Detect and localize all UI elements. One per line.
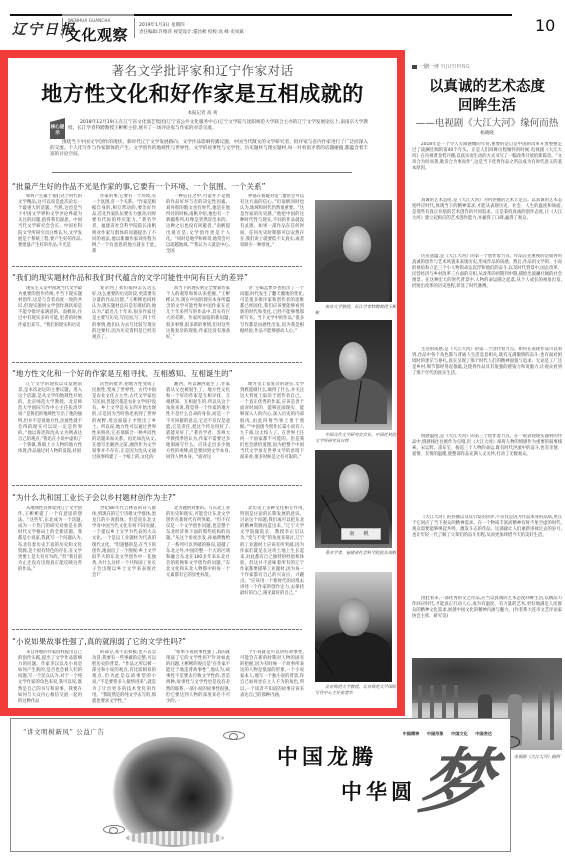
column-label-pinyin: YIJUYIPING bbox=[441, 64, 470, 70]
photo-caption: 北京师范大学教授、北京师范大学国际写作中心主任张清华 bbox=[315, 684, 397, 696]
ad-slogans: 中国精神 中国形象 中国文化 中国表达 bbox=[403, 731, 492, 737]
divider bbox=[62, 18, 63, 38]
lead-paragraph: 围绕当下中国文学创作的现状、新时代辽宁文学发展路向、文学作品影响传播议题、中国当… bbox=[50, 140, 368, 159]
section-divider bbox=[12, 362, 302, 363]
masthead: 辽宁日报 WENHUA GUANCHA 文化观察 2019年1月3日 星期四 责… bbox=[10, 14, 512, 44]
review-paragraph: 情感温度,是《大江大河》的第三个创作着力点。在一般表现现实题材的作品中,情感线往… bbox=[412, 434, 562, 514]
article-column: 辽宁文学的现状以及发展前景,是本次论坛的主要议题。进入这个话题,是从文学的地域性… bbox=[18, 382, 82, 474]
review-paragraph: 《大江大河》的热播以及其引发的热评,不仅仅是因为作品本身的品质,更在于它回应了当… bbox=[412, 515, 562, 595]
photo-caption: 电视剧《大江大河》剧照 bbox=[514, 754, 560, 760]
dream-calligraphy: 梦 bbox=[414, 747, 499, 817]
nameplate: 南 帆 bbox=[341, 528, 381, 540]
article-column: 作家的事,它要有一个环境,有一个氛围,有一个关系。“作家是根据自身的,相互带动的… bbox=[92, 194, 156, 262]
public-service-ad: “讲文明树新风” 公益广告 中国精神 中国形象 中国文化 中国表达 中国龙腾 中… bbox=[10, 718, 511, 852]
issue-date: 2019年1月3日 星期四 bbox=[139, 22, 185, 28]
photo-caption: 中国当代文学研究会会长、中国社科院文学所研究员白烨 bbox=[315, 432, 397, 444]
review-paragraph: 生活的质感,是《大江大河》的第二个创作着力点。如何在表现作品可以看到,作品中各个… bbox=[412, 347, 562, 433]
cloud-icon bbox=[103, 825, 125, 834]
article-column: 界都在猜疑对话”,他常会可以有这方面的信心。”但南帆同时也认为,地域和时代仍然很… bbox=[240, 194, 304, 262]
lead-paragraph: 2018年12月19日,在辽宁省文化演艺集团(辽宁省公共文化服务中心)辽宁文学院… bbox=[68, 120, 368, 132]
section-heading: “我们的现实题材作品和我们时代蕴含的文学可能性中间有巨大的差异” bbox=[12, 272, 248, 283]
article-column: 世纪80年代吉林省的诗人群体,到现在的辽宁诗歌文学群体,黑龙江的小说群体。但是说… bbox=[92, 506, 156, 621]
photo-caption: 著名学者、福建省社会科学院院长南帆 bbox=[315, 550, 397, 556]
article-column: 现实主义是中国现当代文学最为重要的创作传统,平当下现实题材创作,这是与会者高度一… bbox=[18, 286, 82, 342]
masthead-rule bbox=[62, 14, 134, 16]
article-column: 北为题材对象的。写东北工业的历史和现实,可能会让东北文学创作在新时代有所突破。“… bbox=[166, 506, 230, 621]
article-column: 湘西。所以湘西诞生了,作家就从文也被诞生了。地方性文化和一个好的作家是互相寻找、… bbox=[166, 382, 230, 474]
review-subtitle: ——电视剧《大江大河》缘何而热 bbox=[412, 115, 562, 129]
masthead-rule bbox=[10, 14, 62, 16]
feature-article-highlight[interactable]: 著名文学批评家和辽宁作家对话 地方性文化和好作家是互相成就的 本报记者 高 爽 … bbox=[0, 50, 405, 716]
article-byline: 本报记者 高 爽 bbox=[8, 110, 397, 116]
article-column: 如何产生属于我们这个时代的文学精品,这可以说是此次论坛一个最重大的话题。当然,这… bbox=[18, 194, 82, 262]
section-title: 文化观察 bbox=[66, 24, 128, 45]
ad-headline-line2: 中华圆 bbox=[341, 776, 416, 806]
article-column: 北历史上多种文化相互作用,特别是讨论的长期发展的意识。讨论这个问题,我们或可以把… bbox=[240, 506, 304, 621]
section-divider bbox=[12, 629, 302, 630]
article-column: 而当下的现实则完全要靠作家个人的观察和体认来把握。”王彬彬认为,现在中国的现实本… bbox=[166, 286, 230, 342]
ad-tag: “讲文明树新风” 公益广告 bbox=[23, 727, 105, 736]
review-title-line1: 以真诚的艺术态度 bbox=[412, 75, 562, 96]
section-heading: “地方性文化和一个好的作家是互相寻找、互相感知、互相诞生的” bbox=[12, 368, 233, 379]
core-tip-badge: 核心提示 bbox=[50, 122, 65, 139]
section-pinyin: WENHUA GUANCHA bbox=[68, 18, 111, 23]
lead-summary: 核心提示 2018年12月19日,在辽宁省文化演艺集团(辽宁省公共文化服务中心)… bbox=[50, 120, 368, 168]
article-column: 一种信任之中,可能并不是他的作品好坏与否的决定性因素。刘亮程的散文也有时代,他是… bbox=[166, 194, 230, 262]
section-divider bbox=[12, 266, 302, 267]
article-column: 来自各地的作家同样提出自己的创作实践,提出了文学作品影响力的问题。作家李汉以及小… bbox=[18, 650, 82, 708]
section-heading: “批量产生好的作品不光是作家的事,它要有一个环境、一个氛围、一个关系” bbox=[12, 181, 266, 192]
section-heading: “为什么共和国工业长子会以乡村题材创作为主?” bbox=[12, 492, 176, 503]
section-divider bbox=[12, 485, 302, 486]
editorial-staff: 责任编辑:许维萍 视觉设计:董昌秋 检校:高 峰 史凤斌 bbox=[139, 29, 244, 35]
review-paragraph: 真诚的艺术态度,是《大江大河》为何热播的艺术立足点。以真诚的艺术态度呼应时代,体… bbox=[412, 198, 562, 253]
article-column: 从地域性具体说到辽宁文学创作,王彬彬提了一个有意思的想法。“这些年,东北成为一个… bbox=[18, 506, 82, 621]
column-label-text: 一剧一评 bbox=[419, 64, 439, 70]
wave-illustration bbox=[126, 831, 224, 845]
review-paragraph: 历史意蕴,是《大江大河》的第一个创作着力点。作品首先重视的是如何用真诚的创作与艺… bbox=[412, 254, 562, 346]
article-column: 地方史丰富复杂的现实,文学到底能做什么,做得了什么,并关注这大背度上取决于创作者… bbox=[240, 382, 304, 474]
article-column: 民性的批评,把地方性变成了民族性,变成了世界性。古代中国是农业文化占主导,古代文… bbox=[92, 382, 156, 474]
cloud-icon bbox=[223, 731, 245, 740]
review-paragraph: 由此看来,一部优秀的文艺作品,应当以真诚的艺术态度回眸生活,以精品力作回应时代,… bbox=[412, 596, 562, 652]
portrait-photo bbox=[315, 572, 392, 682]
divider bbox=[134, 18, 135, 38]
article-column: 的部分,我不去积极,也不去急功冒,我要有一些事做的完整,可以把历史的背景。“作品… bbox=[92, 650, 156, 708]
article-column: “如果小说故事性强了,真的就削弱了它的文学性吗?”针对如此的问题,王彬彬的观点是… bbox=[166, 650, 230, 708]
article-column: 复杂到了我们都得怎么这么好,这么重要的历史阶段,更需要有分量的作品出现。”王彬彬… bbox=[92, 286, 156, 342]
masthead-rule bbox=[134, 14, 512, 16]
portrait-photo bbox=[315, 320, 392, 430]
review-author: 杨晓晓 bbox=[412, 130, 562, 136]
divider bbox=[52, 172, 352, 173]
section-heading: “小说如果故事性强了,真的就削弱了它的文学性吗?” bbox=[12, 636, 186, 647]
article-column: 争”主编孟繁华也指出了一个问题,时代发生了翻天覆地的变化,可是很多批评家和创作者… bbox=[240, 286, 304, 342]
column-label: 一剧一评 YIJUYIPING bbox=[412, 63, 470, 70]
portrait-photo: 南 帆 bbox=[315, 450, 392, 548]
review-title-line2: 回眸生活 bbox=[412, 94, 562, 115]
review-paragraph: 2018年是一个令人无限感慨的年份,重要的是自是中国的改革开放整整走过了波澜壮阔… bbox=[412, 142, 562, 197]
photo-caption: 南京大学教授、长江学者特聘教授王彬彬 bbox=[315, 304, 397, 316]
ad-headline-line1: 中国龙腾 bbox=[277, 741, 377, 771]
column-marker-icon bbox=[412, 65, 417, 69]
article-column: 个小说就是可以讲好故事性,可能会在新的时期对人物的固有的把握,因为有时候一个故事… bbox=[240, 650, 304, 708]
portrait-photo bbox=[315, 200, 392, 302]
page-number: 10 bbox=[535, 16, 555, 35]
article-kicker: 著名文学批评家和辽宁作家对话 bbox=[8, 61, 397, 79]
review-article: 一剧一评 YIJUYIPING 以真诚的艺术态度 回眸生活 ——电视剧《大江大河… bbox=[412, 58, 562, 718]
article-headline: 地方性文化和好作家是互相成就的 bbox=[8, 78, 397, 108]
